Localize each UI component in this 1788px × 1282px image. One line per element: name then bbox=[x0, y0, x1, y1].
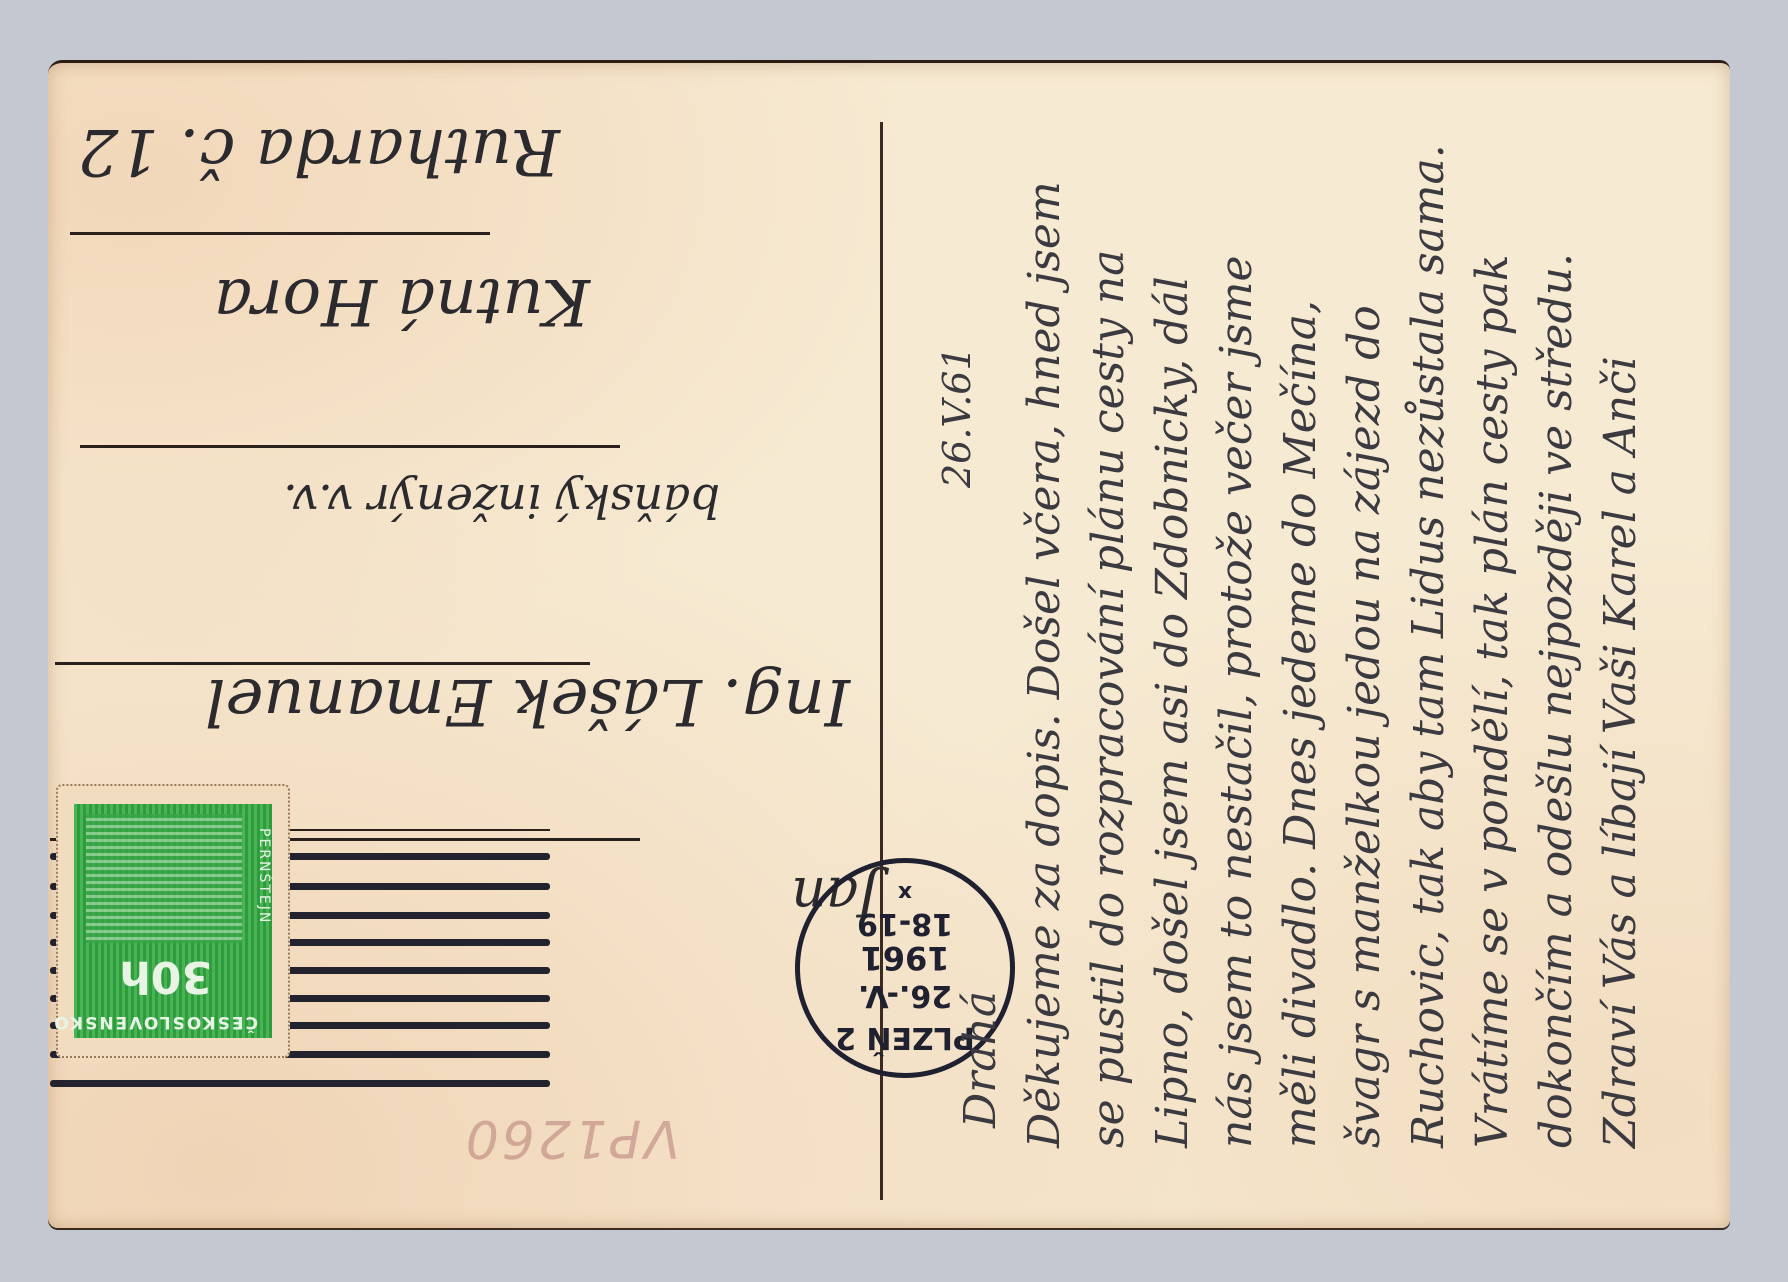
message-date: 26.V.61 bbox=[935, 346, 979, 488]
message-line: Lipno, došel jsem asi do Zdobnicky, dál bbox=[1147, 276, 1198, 1148]
postcard-back-rotated: Ing. Lášek Emanuel báňský inženýr v.v. K… bbox=[48, 63, 1730, 1228]
stamp-country: ČESKOSLOVENSKO bbox=[52, 1012, 258, 1032]
message-line: Zdraví Vás a líbají Vaši Karel a Anči bbox=[1595, 356, 1646, 1148]
address-line bbox=[80, 445, 620, 448]
message-line: Ruchovic, tak aby tam Lidus nezůstala sa… bbox=[1403, 144, 1454, 1148]
castle-engraving-icon bbox=[86, 814, 242, 943]
address-line bbox=[70, 232, 490, 235]
postage-stamp: ČESKOSLOVENSKO 30h PERNŠTEJN bbox=[56, 784, 290, 1058]
message-line: Vrátíme se v pondělí, tak plán cesty pak bbox=[1467, 254, 1518, 1148]
stamp-value: 30h bbox=[119, 951, 212, 1002]
recipient-street: Rutharda č. 12 bbox=[77, 114, 560, 188]
message-line: se pustil do rozpracování plánu cesty na bbox=[1083, 250, 1134, 1148]
pencil-inventory-note: VP1260 bbox=[463, 1108, 680, 1168]
recipient-city: Kutná Hora bbox=[214, 264, 590, 338]
message-line: nás jsem to nestačil, protože večer jsme bbox=[1211, 255, 1262, 1148]
cancellation-bar bbox=[50, 1080, 550, 1087]
message-line: Drahá bbox=[955, 991, 1006, 1128]
postmark-time: 18-19 bbox=[800, 906, 1010, 941]
postcard: Ing. Lášek Emanuel báňský inženýr v.v. K… bbox=[48, 60, 1730, 1228]
message-line: dokončím a odešlu nejpozději ve středu. bbox=[1531, 253, 1582, 1148]
stamp-image: ČESKOSLOVENSKO 30h PERNŠTEJN bbox=[74, 804, 272, 1038]
postmark-mark: x bbox=[800, 880, 1010, 905]
stamp-subject: PERNŠTEJN bbox=[256, 828, 272, 968]
recipient-title: báňský inženýr v.v. bbox=[283, 474, 720, 528]
message-line: měli divadlo. Dnes jedeme do Mečína, bbox=[1275, 300, 1326, 1148]
message-line: švagr s manželkou jedou na zájezd do bbox=[1339, 305, 1390, 1148]
recipient-name: Ing. Lášek Emanuel bbox=[205, 664, 850, 738]
message-line: Děkujeme za dopis. Došel včera, hned jse… bbox=[1019, 181, 1070, 1148]
postmark-year: 1961 bbox=[800, 939, 1010, 977]
postmark-office: 2 bbox=[835, 1020, 856, 1055]
